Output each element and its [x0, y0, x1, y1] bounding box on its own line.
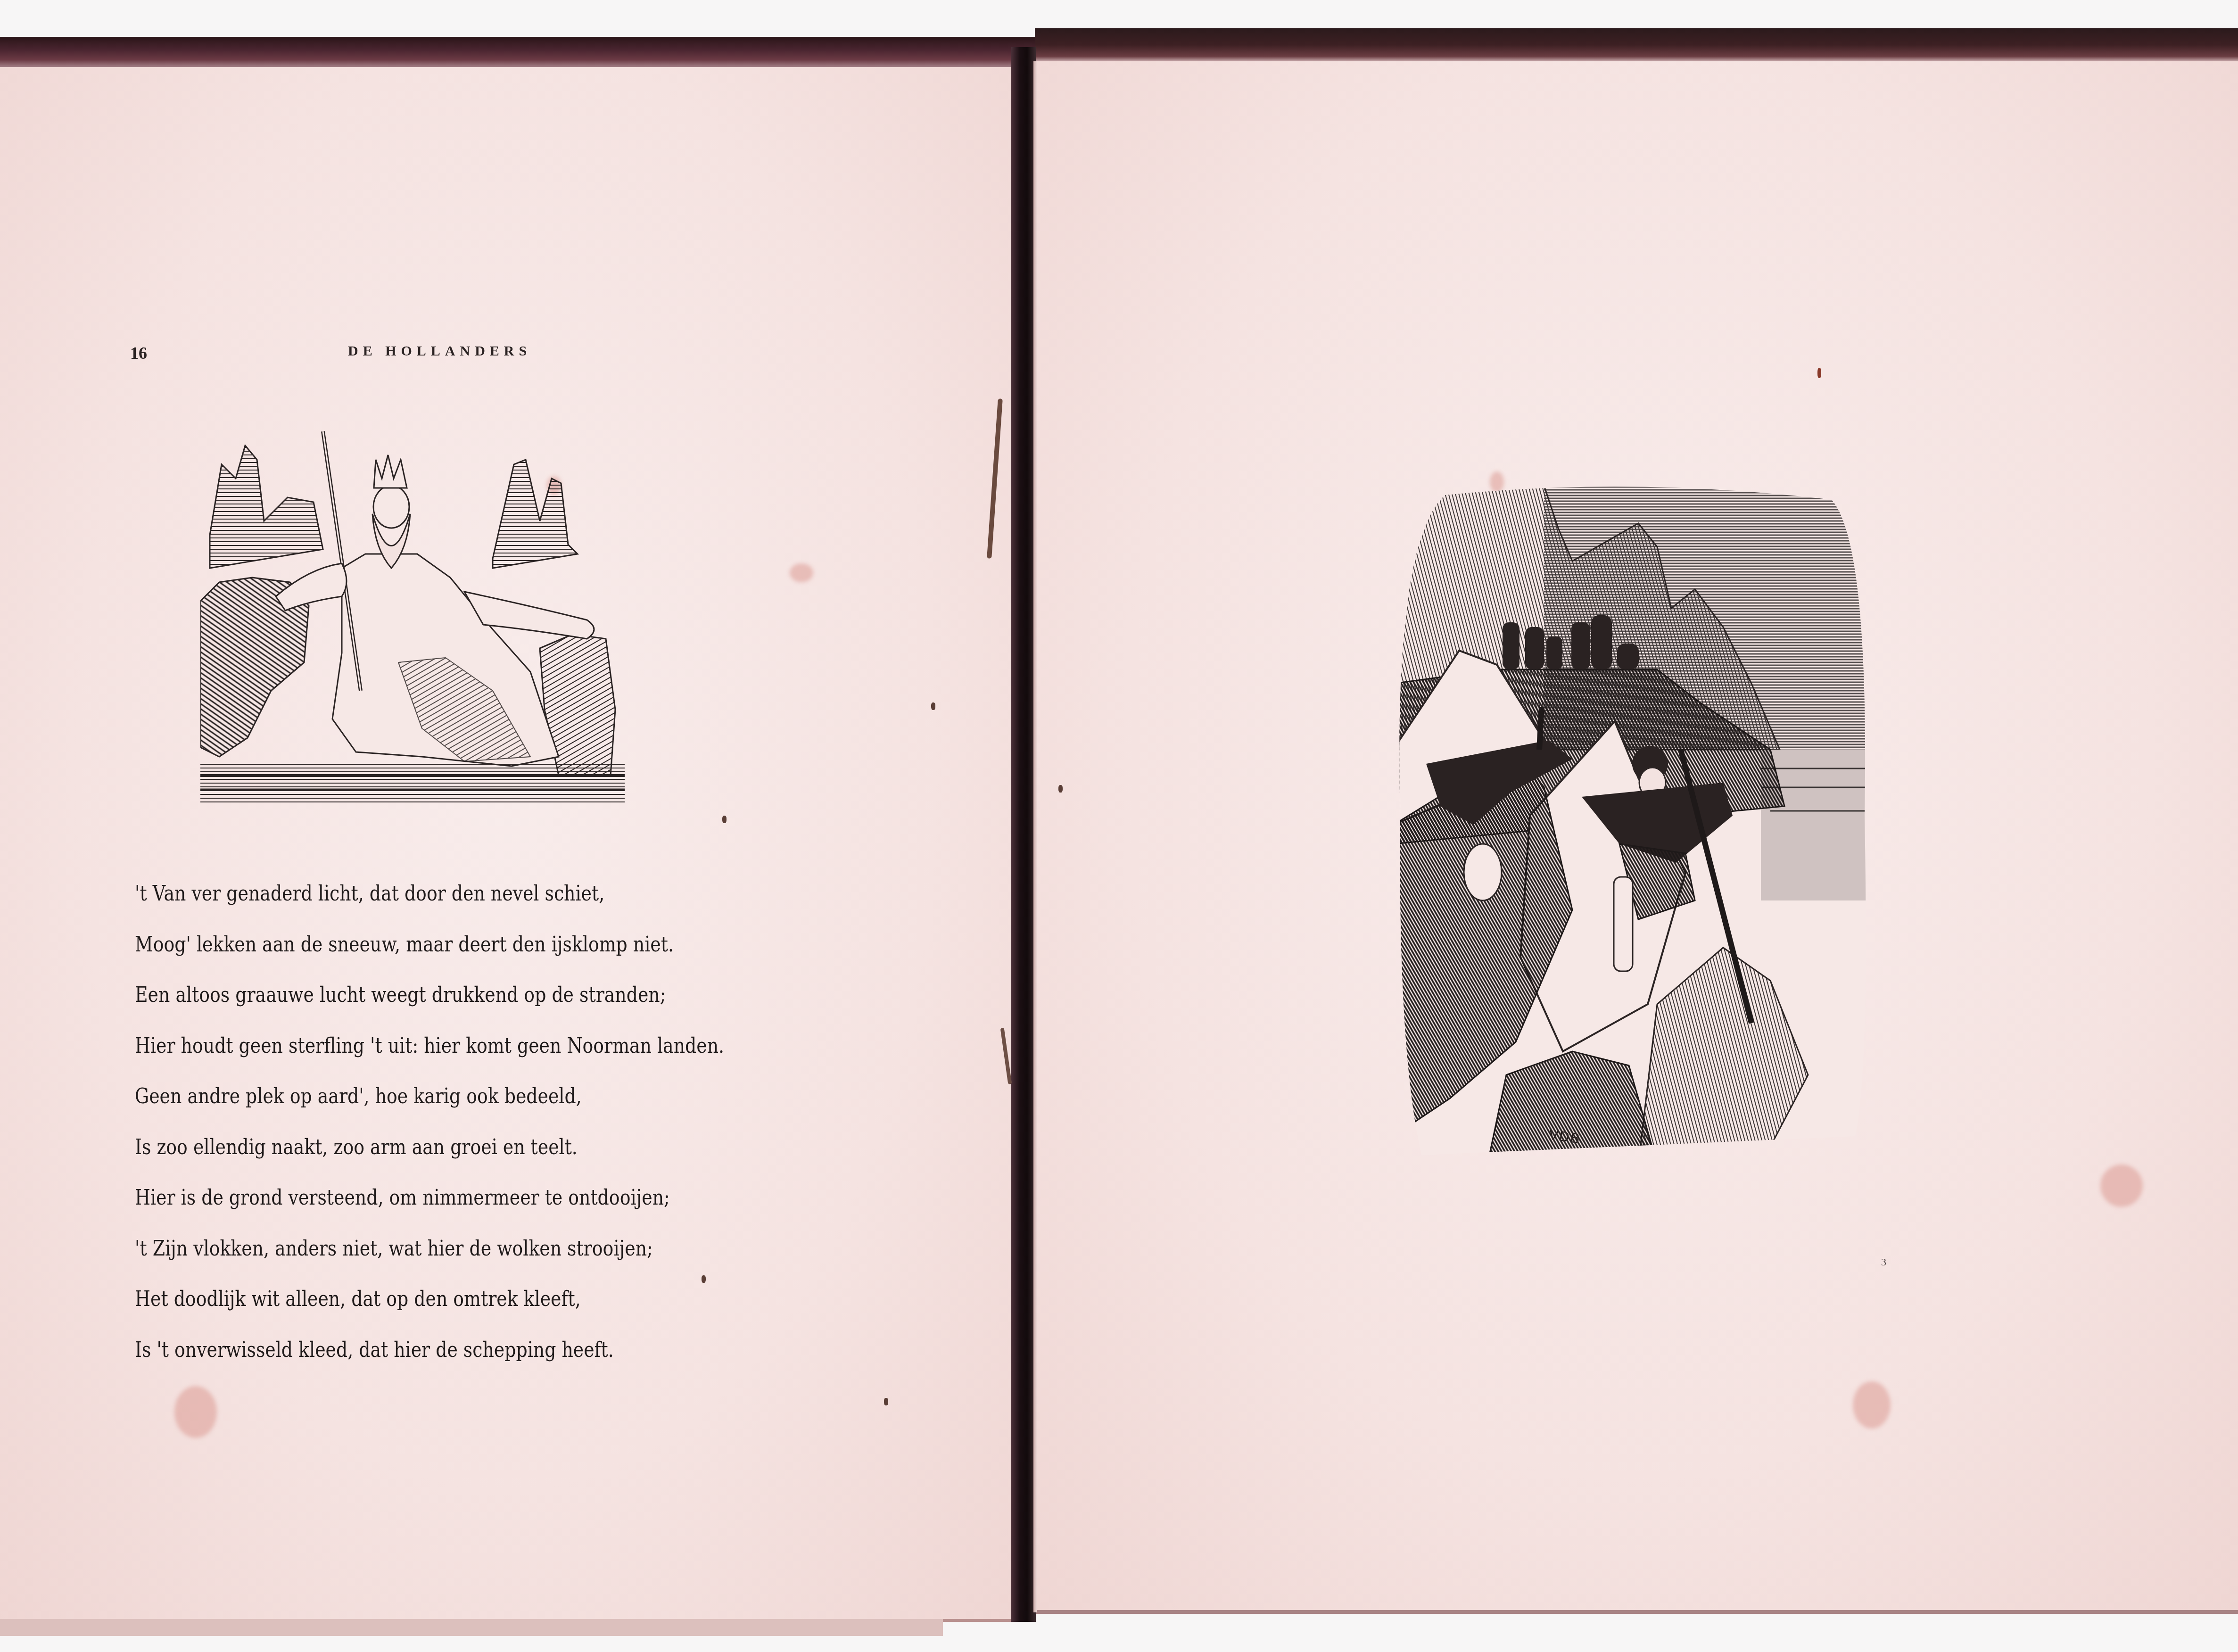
- poem-line: Geen andre plek op aard', hoe karig ook …: [135, 1071, 702, 1122]
- page-number: 16: [130, 343, 147, 363]
- poem-line: Is 't onverwisseld kleed, dat hier de sc…: [135, 1325, 702, 1376]
- poem-line: Het doodlijk wit alleen, dat op den omtr…: [135, 1274, 702, 1325]
- signature-mark: 3: [1881, 1256, 1886, 1268]
- poem-line: Een altoos graauwe lucht weegt drukkend …: [135, 970, 702, 1021]
- foxing-stain: [2100, 1165, 2143, 1207]
- running-title: DE HOLLANDERS: [348, 343, 531, 359]
- paper-speck: [1817, 368, 1821, 378]
- left-page: [0, 67, 1013, 1622]
- engraving-polar-expedition-icon: [1393, 486, 1874, 1165]
- poem-stanza: 't Van ver genaderd licht, dat door den …: [135, 868, 702, 1375]
- poem-line: Hier houdt geen sterfling 't uit: hier k…: [135, 1021, 702, 1072]
- paper-speck: [884, 1398, 888, 1405]
- engraving-ice-king-icon: [200, 427, 625, 804]
- paper-speck: [1058, 785, 1063, 793]
- poem-line: 't Van ver genaderd licht, dat door den …: [135, 868, 702, 919]
- foxing-stain: [174, 1386, 217, 1438]
- paper-speck: [931, 702, 935, 710]
- left-page-bottom-edge: [0, 1619, 943, 1636]
- book-cover-top-edge-right: [1035, 28, 2238, 61]
- poem-line: 't Zijn vlokken, anders niet, wat hier d…: [135, 1223, 702, 1274]
- paper-speck: [722, 816, 727, 823]
- book-spine: [1011, 47, 1036, 1622]
- poem-line: Moog' lekken aan de sneeuw, maar deert d…: [135, 919, 702, 970]
- gutter-edge: [1033, 61, 1037, 1612]
- foxing-stain: [1853, 1381, 1891, 1429]
- poem-line: Is zoo ellendig naakt, zoo arm aan groei…: [135, 1122, 702, 1173]
- foxing-stain: [790, 563, 813, 582]
- poem-line: Hier is de grond versteend, om nimmermee…: [135, 1173, 702, 1223]
